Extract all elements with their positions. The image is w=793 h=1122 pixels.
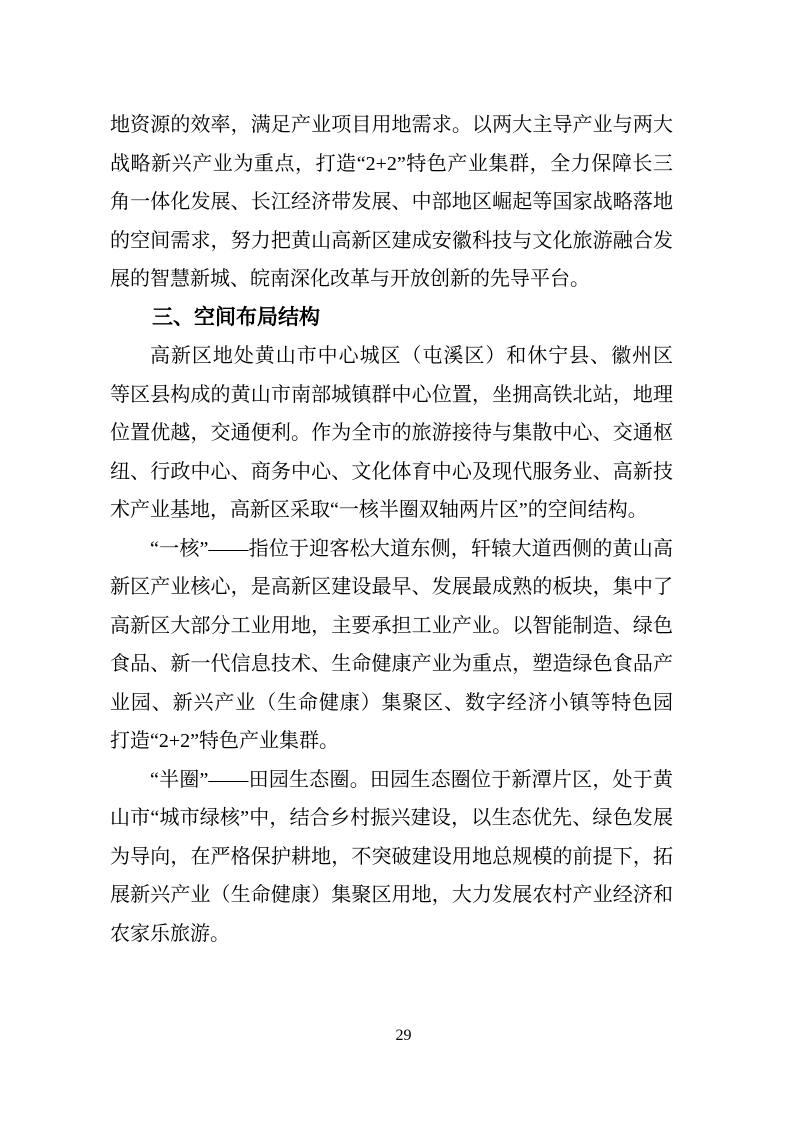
document-body: 地资源的效率，满足产业项目用地需求。以两大主导产业与两大战略新兴产业为重点，打造…	[110, 106, 673, 953]
text-line: “半圈”——田园生态圈。田园生态圈位于新潭片区，处于黄	[110, 761, 673, 800]
document-page: 地资源的效率，满足产业项目用地需求。以两大主导产业与两大战略新兴产业为重点，打造…	[0, 0, 793, 1122]
text-line: 农家乐旅游。	[110, 915, 673, 954]
text-line: 新区产业核心，是高新区建设最早、发展最成熟的板块，集中了	[110, 568, 673, 607]
text-line: 高新区地处黄山市中心城区（屯溪区）和休宁县、徽州区	[110, 337, 673, 376]
text-line: 角一体化发展、长江经济带发展、中部地区崛起等国家战略落地	[110, 183, 673, 222]
text-line: 高新区大部分工业用地，主要承担工业产业。以智能制造、绿色	[110, 607, 673, 646]
text-line: 战略新兴产业为重点，打造“2+2”特色产业集群，全力保障长三	[110, 145, 673, 184]
text-line: 打造“2+2”特色产业集群。	[110, 722, 673, 761]
text-line: 地资源的效率，满足产业项目用地需求。以两大主导产业与两大	[110, 106, 673, 145]
text-line: 展的智慧新城、皖南深化改革与开放创新的先导平台。	[110, 260, 673, 299]
section-heading: 三、空间布局结构	[110, 299, 673, 338]
text-line: 为导向，在严格保护耕地，不突破建设用地总规模的前提下，拓	[110, 838, 673, 877]
text-line: 山市“城市绿核”中，结合乡村振兴建设，以生态优先、绿色发展	[110, 799, 673, 838]
text-line: 业园、新兴产业（生命健康）集聚区、数字经济小镇等特色园区，	[110, 684, 673, 723]
page-number: 29	[0, 1027, 793, 1045]
text-line: 纽、行政中心、商务中心、文化体育中心及现代服务业、高新技	[110, 453, 673, 492]
text-line: 术产业基地，高新区采取“一核半圈双轴两片区”的空间结构。	[110, 491, 673, 530]
text-line: 的空间需求，努力把黄山高新区建成安徽科技与文化旅游融合发	[110, 222, 673, 261]
text-line: 食品、新一代信息技术、生命健康产业为重点，塑造绿色食品产	[110, 645, 673, 684]
text-line: “一核”——指位于迎客松大道东侧，轩辕大道西侧的黄山高	[110, 530, 673, 569]
text-line: 展新兴产业（生命健康）集聚区用地，大力发展农村产业经济和	[110, 876, 673, 915]
text-line: 位置优越，交通便利。作为全市的旅游接待与集散中心、交通枢	[110, 414, 673, 453]
text-line: 等区县构成的黄山市南部城镇群中心位置，坐拥高铁北站，地理	[110, 376, 673, 415]
